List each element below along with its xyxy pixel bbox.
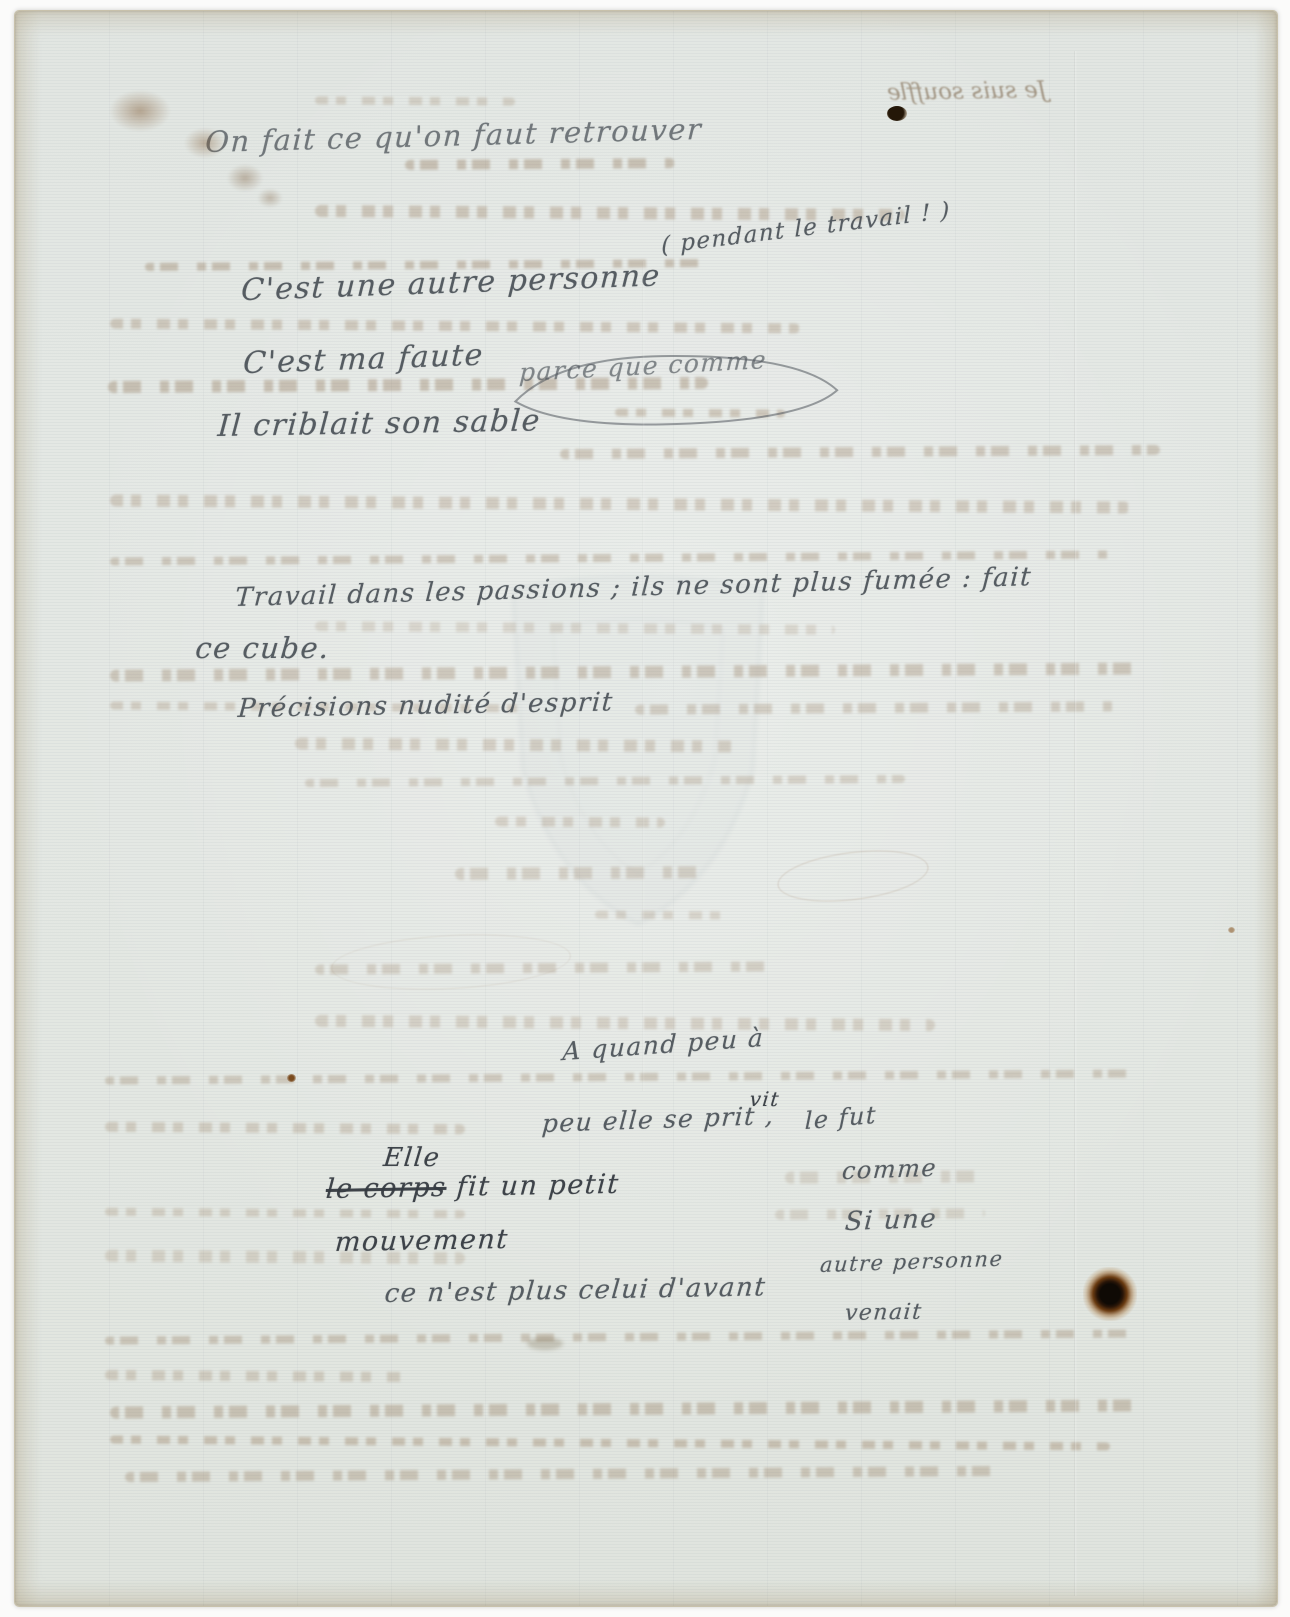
handwritten-insert-elle: Elle bbox=[382, 1143, 442, 1173]
bleedthrough-line bbox=[110, 1399, 1150, 1418]
handwritten-line-9: peu elle se prit , bbox=[541, 1101, 776, 1138]
handwritten-col-comme: comme bbox=[841, 1154, 938, 1185]
bleedthrough-line bbox=[105, 1329, 1145, 1344]
bleedthrough-line bbox=[315, 1015, 935, 1031]
handwritten-col-venait: venait bbox=[844, 1300, 924, 1326]
bleedthrough-line bbox=[125, 1466, 1005, 1482]
handwritten-line-11: mouvement bbox=[334, 1224, 510, 1258]
watermark-shield bbox=[483, 559, 793, 939]
bleedthrough-line bbox=[105, 1370, 405, 1382]
handwritten-col-si-une: Si une bbox=[844, 1204, 938, 1237]
vertical-fold-crease bbox=[1074, 51, 1077, 1596]
brown-speck bbox=[287, 1074, 296, 1082]
bleedthrough-line bbox=[105, 1069, 1145, 1084]
ink-blot bbox=[887, 106, 907, 121]
burn-hole bbox=[1083, 1267, 1137, 1321]
brown-speck-small bbox=[1228, 927, 1235, 933]
handwritten-line-12: ce n'est plus celui d'avant bbox=[383, 1272, 767, 1309]
bleedthrough-stamp-oval-2 bbox=[330, 929, 572, 995]
smudge bbox=[527, 1337, 563, 1350]
bleedthrough-line bbox=[110, 494, 1130, 513]
bleedthrough-line bbox=[315, 96, 515, 105]
bleedthrough-mirrored-text: Je suis souffle bbox=[837, 77, 1047, 107]
bleedthrough-line bbox=[105, 1122, 465, 1135]
bleedthrough-stamp-oval bbox=[775, 843, 932, 909]
bleedthrough-line bbox=[560, 445, 1160, 459]
line-10-rest: fit un petit bbox=[445, 1169, 620, 1203]
bleedthrough-line bbox=[105, 1208, 465, 1219]
circle-annotation bbox=[501, 344, 845, 434]
handwritten-line-8: A quand peu à bbox=[562, 1023, 765, 1066]
handwritten-col-autre: autre personne bbox=[819, 1247, 1004, 1277]
bleedthrough-line bbox=[405, 158, 675, 170]
handwritten-line-6: ce cube. bbox=[194, 631, 331, 665]
bleedthrough-line bbox=[110, 319, 800, 334]
bleedthrough-line bbox=[110, 1436, 1110, 1451]
handwritten-paren-note: ( pendant le travail ! ) bbox=[661, 197, 951, 259]
struck-word: le corps bbox=[325, 1172, 448, 1205]
manuscript-photo: Je suis souffle On fait ce qu'on faut re… bbox=[0, 0, 1290, 1617]
handwritten-line-1: On fait ce qu'on faut retrouver bbox=[205, 112, 704, 159]
paper-sheet: Je suis souffle On fait ce qu'on faut re… bbox=[14, 10, 1278, 1607]
handwritten-line-10: le corps fit un petit bbox=[325, 1169, 621, 1205]
handwritten-line-4: Il criblait son sable bbox=[217, 403, 543, 444]
handwritten-line-3: C'est ma faute bbox=[242, 338, 485, 381]
handwritten-line-9b: le fut bbox=[805, 1101, 878, 1135]
handwritten-line-2: C'est une autre personne bbox=[240, 258, 662, 308]
